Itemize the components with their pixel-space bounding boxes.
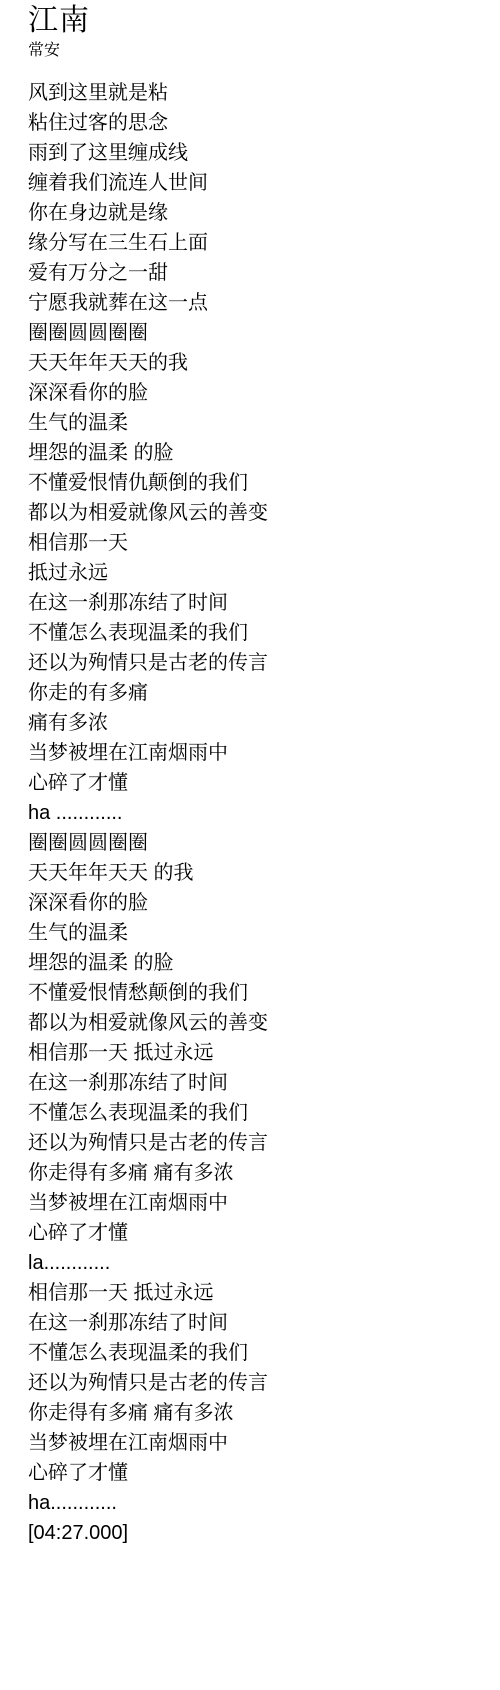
lyric-line: 心碎了才懂 <box>28 768 480 798</box>
lyric-line: 不懂爱恨情愁颠倒的我们 <box>28 978 480 1008</box>
lyric-line: 抵过永远 <box>28 558 480 588</box>
lyric-line: 爱有万分之一甜 <box>28 258 480 288</box>
lyric-line: 还以为殉情只是古老的传言 <box>28 1128 480 1158</box>
lyric-line: 天天年年天天 的我 <box>28 858 480 888</box>
lyric-line: 不懂怎么表现温柔的我们 <box>28 1098 480 1128</box>
lyric-line: 相信那一天 抵过永远 <box>28 1278 480 1308</box>
lyric-line: 不懂怎么表现温柔的我们 <box>28 1338 480 1368</box>
lyric-line: 当梦被埋在江南烟雨中 <box>28 738 480 768</box>
lyric-line: [04:27.000] <box>28 1518 480 1548</box>
lyric-line: 在这一刹那冻结了时间 <box>28 1068 480 1098</box>
lyric-line: 缘分写在三生石上面 <box>28 228 480 258</box>
lyric-line: 生气的温柔 <box>28 408 480 438</box>
lyric-line: 风到这里就是粘 <box>28 78 480 108</box>
lyrics-page: 江南 常安 风到这里就是粘粘住过客的思念雨到了这里缠成线缠着我们流连人世间你在身… <box>0 0 500 1690</box>
lyric-line: 宁愿我就葬在这一点 <box>28 288 480 318</box>
lyric-line: la............ <box>28 1248 480 1278</box>
lyric-line: 还以为殉情只是古老的传言 <box>28 648 480 678</box>
lyric-line: 深深看你的脸 <box>28 378 480 408</box>
lyric-line: ha............ <box>28 1488 480 1518</box>
lyric-line: 相信那一天 抵过永远 <box>28 1038 480 1068</box>
lyric-line: 埋怨的温柔 的脸 <box>28 438 480 468</box>
lyric-line: 你走得有多痛 痛有多浓 <box>28 1398 480 1428</box>
artist-name: 常安 <box>28 40 480 62</box>
lyric-line: 都以为相爱就像风云的善变 <box>28 498 480 528</box>
lyric-line: 圈圈圆圆圈圈 <box>28 828 480 858</box>
lyric-line: ha ............ <box>28 798 480 828</box>
song-title: 江南 <box>28 4 480 38</box>
lyric-line: 生气的温柔 <box>28 918 480 948</box>
lyric-line: 在这一刹那冻结了时间 <box>28 588 480 618</box>
lyric-line: 你走的有多痛 <box>28 678 480 708</box>
lyric-line: 天天年年天天的我 <box>28 348 480 378</box>
lyric-line: 不懂怎么表现温柔的我们 <box>28 618 480 648</box>
lyric-line: 深深看你的脸 <box>28 888 480 918</box>
lyric-line: 心碎了才懂 <box>28 1218 480 1248</box>
lyric-line: 心碎了才懂 <box>28 1458 480 1488</box>
lyric-line: 当梦被埋在江南烟雨中 <box>28 1188 480 1218</box>
lyric-line: 都以为相爱就像风云的善变 <box>28 1008 480 1038</box>
lyric-line: 粘住过客的思念 <box>28 108 480 138</box>
lyric-line: 缠着我们流连人世间 <box>28 168 480 198</box>
lyric-line: 你走得有多痛 痛有多浓 <box>28 1158 480 1188</box>
lyric-line: 当梦被埋在江南烟雨中 <box>28 1428 480 1458</box>
lyric-line: 在这一刹那冻结了时间 <box>28 1308 480 1338</box>
lyric-line: 雨到了这里缠成线 <box>28 138 480 168</box>
lyric-line: 痛有多浓 <box>28 708 480 738</box>
lyric-line: 不懂爱恨情仇颠倒的我们 <box>28 468 480 498</box>
lyric-line: 你在身边就是缘 <box>28 198 480 228</box>
lyric-line: 埋怨的温柔 的脸 <box>28 948 480 978</box>
lyric-line: 圈圈圆圆圈圈 <box>28 318 480 348</box>
lyric-line: 相信那一天 <box>28 528 480 558</box>
lyric-line: 还以为殉情只是古老的传言 <box>28 1368 480 1398</box>
lyrics-list: 风到这里就是粘粘住过客的思念雨到了这里缠成线缠着我们流连人世间你在身边就是缘缘分… <box>28 78 480 1548</box>
